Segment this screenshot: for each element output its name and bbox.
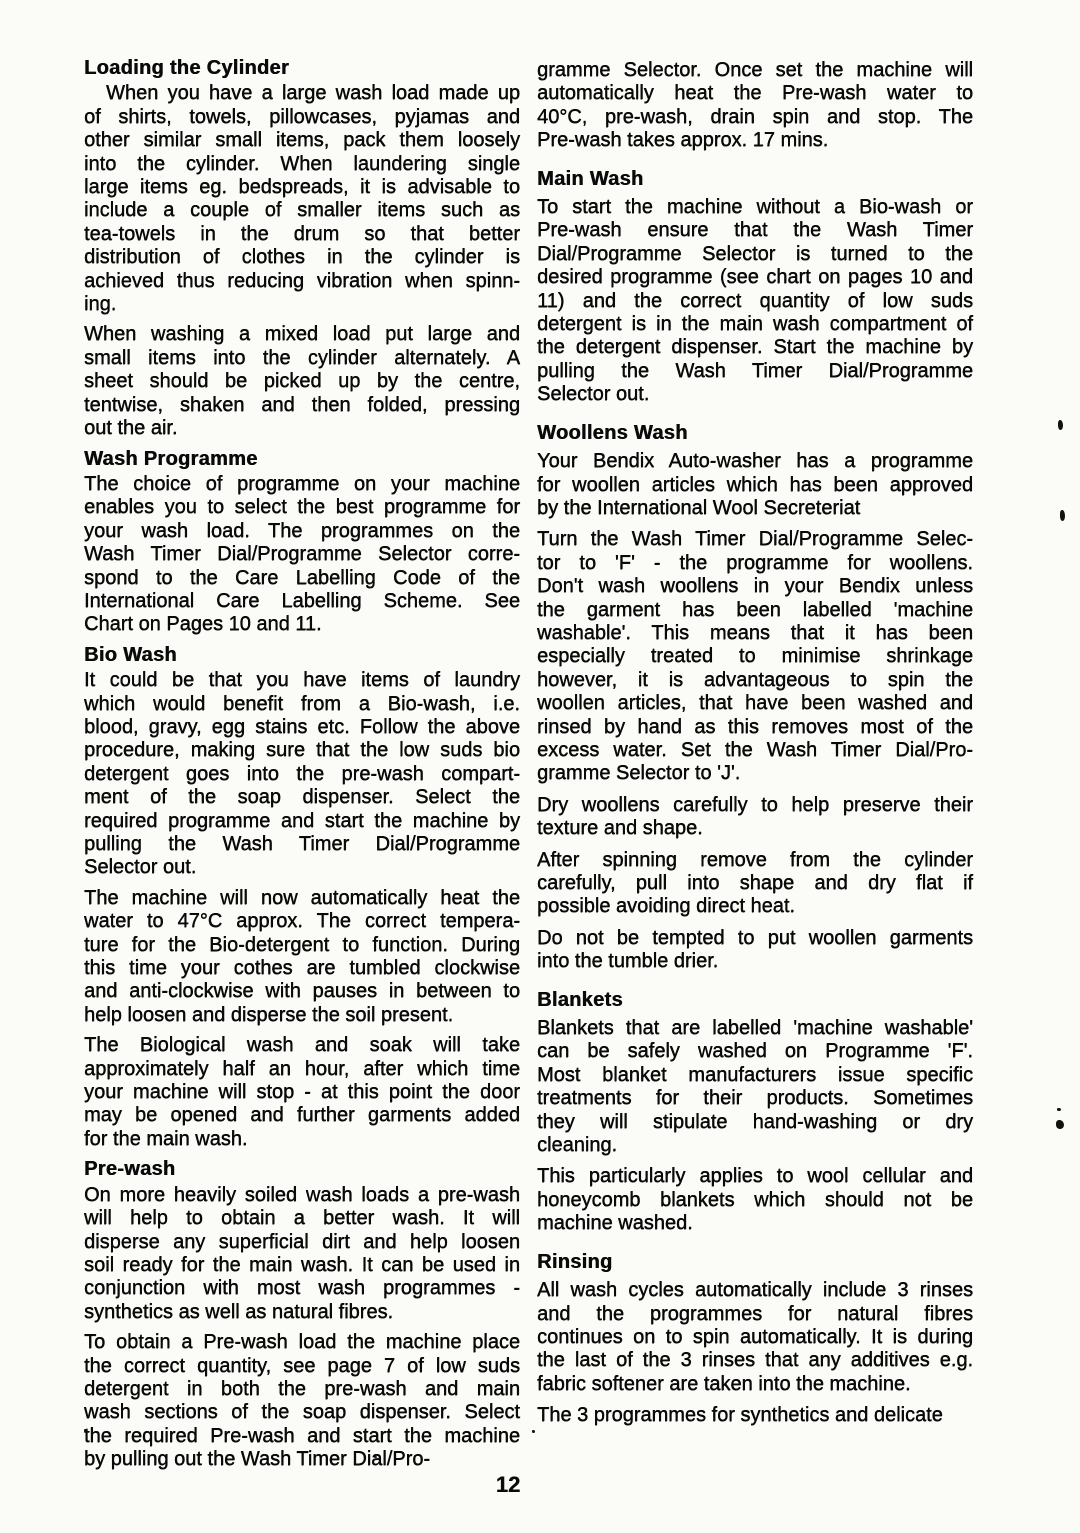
text-line: Chart on Pages 10 and 11. [84, 613, 520, 636]
text-line: and anti-clockwise with pauses in betwee… [84, 980, 520, 1003]
text-line: conjunction with most wash programmes - [84, 1277, 520, 1300]
text-line: pulling the Wash Timer Dial/Programme [537, 360, 973, 383]
text-line: other similar small items, pack them loo… [84, 129, 520, 152]
paragraph: The choice of programme on your machinee… [84, 473, 520, 637]
text-line: your machine will stop - at this point t… [84, 1081, 520, 1104]
text-line: may be opened and further garments added [84, 1104, 520, 1127]
ink-speck [1060, 510, 1065, 521]
text-line: enables you to select the best programme… [84, 496, 520, 519]
text-line: gramme Selector to 'J'. [537, 762, 973, 785]
text-line: continues on to spin automatically. It i… [537, 1326, 973, 1349]
text-line: for the main wash. [84, 1128, 520, 1151]
text-line: this time your cothes are tumbled clockw… [84, 957, 520, 980]
text-line: 11) and the correct quantity of low suds [537, 290, 973, 313]
text-line: ing. [84, 293, 520, 316]
paragraph: All wash cycles automatically include 3 … [537, 1279, 973, 1396]
text-line: The choice of programme on your machine [84, 473, 520, 496]
text-line: It could be that you have items of laund… [84, 669, 520, 692]
text-line: desired programme (see chart on pages 10… [537, 266, 973, 289]
text-line: Your Bendix Auto-washer has a programme [537, 450, 973, 473]
text-line: When you have a large wash load made up [84, 82, 520, 105]
page-number: 12 [488, 1472, 528, 1498]
paragraph: The machine will now automatically heat … [84, 887, 520, 1027]
text-line: Wash Timer Dial/Programme Selector corre… [84, 543, 520, 566]
text-line: carefully, pull into shape and dry flat … [537, 872, 973, 895]
text-line: which would benefit from a Bio-wash, i.e… [84, 693, 520, 716]
section-heading: Woollens Wash [537, 422, 973, 445]
text-line: the last of the 3 rinses that any additi… [537, 1349, 973, 1372]
text-line: out the air. [84, 417, 520, 440]
text-line: your wash load. The programmes on the [84, 520, 520, 543]
column-right: gramme Selector. Once set the machine wi… [537, 59, 973, 1436]
text-line: fabric softener are taken into the machi… [537, 1373, 973, 1396]
text-line: Don't wash woollens in your Bendix unles… [537, 575, 973, 598]
text-line: tea-towels in the drum so that better [84, 223, 520, 246]
text-line: they will stipulate hand-washing or dry [537, 1111, 973, 1134]
ink-speck [1058, 420, 1063, 430]
text-line: water to 47°C approx. The correct temper… [84, 910, 520, 933]
paragraph: Blankets that are labelled 'machine wash… [537, 1017, 973, 1157]
text-line: procedure, making sure that the low suds… [84, 739, 520, 762]
paragraph: It could be that you have items of laund… [84, 669, 520, 880]
text-line: gramme Selector. Once set the machine wi… [537, 59, 973, 82]
text-line: The 3 programmes for synthetics and deli… [537, 1404, 973, 1427]
text-line: can be safely washed on Programme 'F'. [537, 1040, 973, 1063]
text-line: the required Pre-wash and start the mach… [84, 1425, 520, 1448]
text-line: All wash cycles automatically include 3 … [537, 1279, 973, 1302]
text-line: detergent is in the main wash compartmen… [537, 313, 973, 336]
paragraph: Dry woollens carefully to help preserve … [537, 794, 973, 841]
text-line: detergent in both the pre-wash and main [84, 1378, 520, 1401]
text-line: Pre-wash takes approx. 17 mins. [537, 129, 973, 152]
text-line: disperse any superficial dirt and help l… [84, 1231, 520, 1254]
text-line: into the tumble drier. [537, 950, 973, 973]
ink-speck [1056, 1120, 1064, 1129]
text-line: and the programmes for natural fibres [537, 1303, 973, 1326]
text-line: help loosen and disperse the soil presen… [84, 1004, 520, 1027]
text-line: The Biological wash and soak will take [84, 1034, 520, 1057]
text-line: spond to the Care Labelling Code of the [84, 567, 520, 590]
ink-speck [532, 1430, 535, 1433]
text-line: After spinning remove from the cylinder [537, 849, 973, 872]
paragraph: Your Bendix Auto-washer has a programmef… [537, 450, 973, 520]
text-line: Dial/Programme Selector is turned to the [537, 243, 973, 266]
section-heading: Bio Wash [84, 644, 520, 667]
text-line: tor to 'F' - the programme for woollens. [537, 552, 973, 575]
text-line: especially treated to minimise shrinkage [537, 645, 973, 668]
ink-speck [374, 1456, 377, 1458]
text-line: washable'. This means that it has been [537, 622, 973, 645]
text-line: the correct quantity, see page 7 of low … [84, 1355, 520, 1378]
text-line: required programme and start the machine… [84, 810, 520, 833]
text-line: honeycomb blankets which should not be [537, 1189, 973, 1212]
ink-speck [1057, 1108, 1061, 1111]
text-line: will help to obtain a better wash. It wi… [84, 1207, 520, 1230]
section-heading: Pre-wash [84, 1158, 520, 1181]
text-line: woollen articles, that have been washed … [537, 692, 973, 715]
paragraph: This particularly applies to wool cellul… [537, 1165, 973, 1235]
text-line: On more heavily soiled wash loads a pre-… [84, 1184, 520, 1207]
text-line: by the International Wool Secreteriat [537, 497, 973, 520]
text-line: possible avoiding direct heat. [537, 895, 973, 918]
paragraph: On more heavily soiled wash loads a pre-… [84, 1184, 520, 1324]
text-line: The machine will now automatically heat … [84, 887, 520, 910]
text-line: 40°C, pre-wash, drain spin and stop. The [537, 106, 973, 129]
paragraph: After spinning remove from the cylinderc… [537, 849, 973, 919]
section-heading: Main Wash [537, 168, 973, 191]
paragraph: To start the machine without a Bio-wash … [537, 196, 973, 407]
paragraph: When you have a large wash load made upo… [84, 82, 520, 316]
text-line: Turn the Wash Timer Dial/Programme Selec… [537, 528, 973, 551]
text-line: To start the machine without a Bio-wash … [537, 196, 973, 219]
section-heading: Rinsing [537, 1251, 973, 1274]
text-line: of shirts, towels, pillowcases, pyjamas … [84, 106, 520, 129]
text-line: tentwise, shaken and then folded, pressi… [84, 394, 520, 417]
text-line: Most blanket manufacturers issue specifi… [537, 1064, 973, 1087]
text-line: synthetics as well as natural fibres. [84, 1301, 520, 1324]
text-line: Do not be tempted to put woollen garment… [537, 927, 973, 950]
section-heading: Loading the Cylinder [84, 57, 520, 80]
text-line: pulling the Wash Timer Dial/Programme [84, 833, 520, 856]
text-line: into the cylinder. When laundering singl… [84, 153, 520, 176]
text-line: Blankets that are labelled 'machine wash… [537, 1017, 973, 1040]
text-line: small items into the cylinder alternatel… [84, 347, 520, 370]
paragraph: The Biological wash and soak will takeap… [84, 1034, 520, 1151]
text-line: To obtain a Pre-wash load the machine pl… [84, 1331, 520, 1354]
text-line: the detergent dispenser. Start the machi… [537, 336, 973, 359]
text-line: Selector out. [84, 856, 520, 879]
text-line: When washing a mixed load put large and [84, 323, 520, 346]
paragraph: To obtain a Pre-wash load the machine pl… [84, 1331, 520, 1471]
text-line: cleaning. [537, 1134, 973, 1157]
text-line: achieved thus reducing vibration when sp… [84, 270, 520, 293]
text-line: for woollen articles which has been appr… [537, 474, 973, 497]
text-line: approximately half an hour, after which … [84, 1058, 520, 1081]
paragraph: gramme Selector. Once set the machine wi… [537, 59, 973, 153]
text-line: ture for the Bio-detergent to function. … [84, 934, 520, 957]
text-line: distribution of clothes in the cylinder … [84, 246, 520, 269]
paragraph: When washing a mixed load put large ands… [84, 323, 520, 440]
text-line: excess water. Set the Wash Timer Dial/Pr… [537, 739, 973, 762]
text-line: include a couple of smaller items such a… [84, 199, 520, 222]
column-left: Loading the CylinderWhen you have a larg… [84, 57, 520, 1479]
paragraph: Turn the Wash Timer Dial/Programme Selec… [537, 528, 973, 785]
text-line: by pulling out the Wash Timer Dial/Pro- [84, 1448, 520, 1471]
paragraph: Do not be tempted to put woollen garment… [537, 927, 973, 974]
text-line: ment of the soap dispenser. Select the [84, 786, 520, 809]
text-line: Selector out. [537, 383, 973, 406]
text-line: This particularly applies to wool cellul… [537, 1165, 973, 1188]
paragraph: The 3 programmes for synthetics and deli… [537, 1404, 973, 1427]
section-heading: Wash Programme [84, 448, 520, 471]
text-line: rinsed by hand as this removes most of t… [537, 716, 973, 739]
text-line: however, it is advantageous to spin the [537, 669, 973, 692]
text-line: sheet should be picked up by the centre, [84, 370, 520, 393]
text-line: machine washed. [537, 1212, 973, 1235]
ink-speck [84, 1429, 87, 1432]
text-line: automatically heat the Pre-wash water to [537, 82, 973, 105]
text-line: texture and shape. [537, 817, 973, 840]
text-line: detergent goes into the pre-wash compart… [84, 763, 520, 786]
text-line: treatments for their products. Sometimes [537, 1087, 973, 1110]
text-line: large items eg. bedspreads, it is advisa… [84, 176, 520, 199]
manual-page: Loading the CylinderWhen you have a larg… [0, 0, 1080, 1533]
text-line: the garment has been labelled 'machine [537, 599, 973, 622]
text-line: Pre-wash ensure that the Wash Timer [537, 219, 973, 242]
section-heading: Blankets [537, 989, 973, 1012]
text-line: Dry woollens carefully to help preserve … [537, 794, 973, 817]
text-line: wash sections of the soap dispenser. Sel… [84, 1401, 520, 1424]
text-line: soil ready for the main wash. It can be … [84, 1254, 520, 1277]
text-line: International Care Labelling Scheme. See [84, 590, 520, 613]
text-line: blood, gravy, egg stains etc. Follow the… [84, 716, 520, 739]
